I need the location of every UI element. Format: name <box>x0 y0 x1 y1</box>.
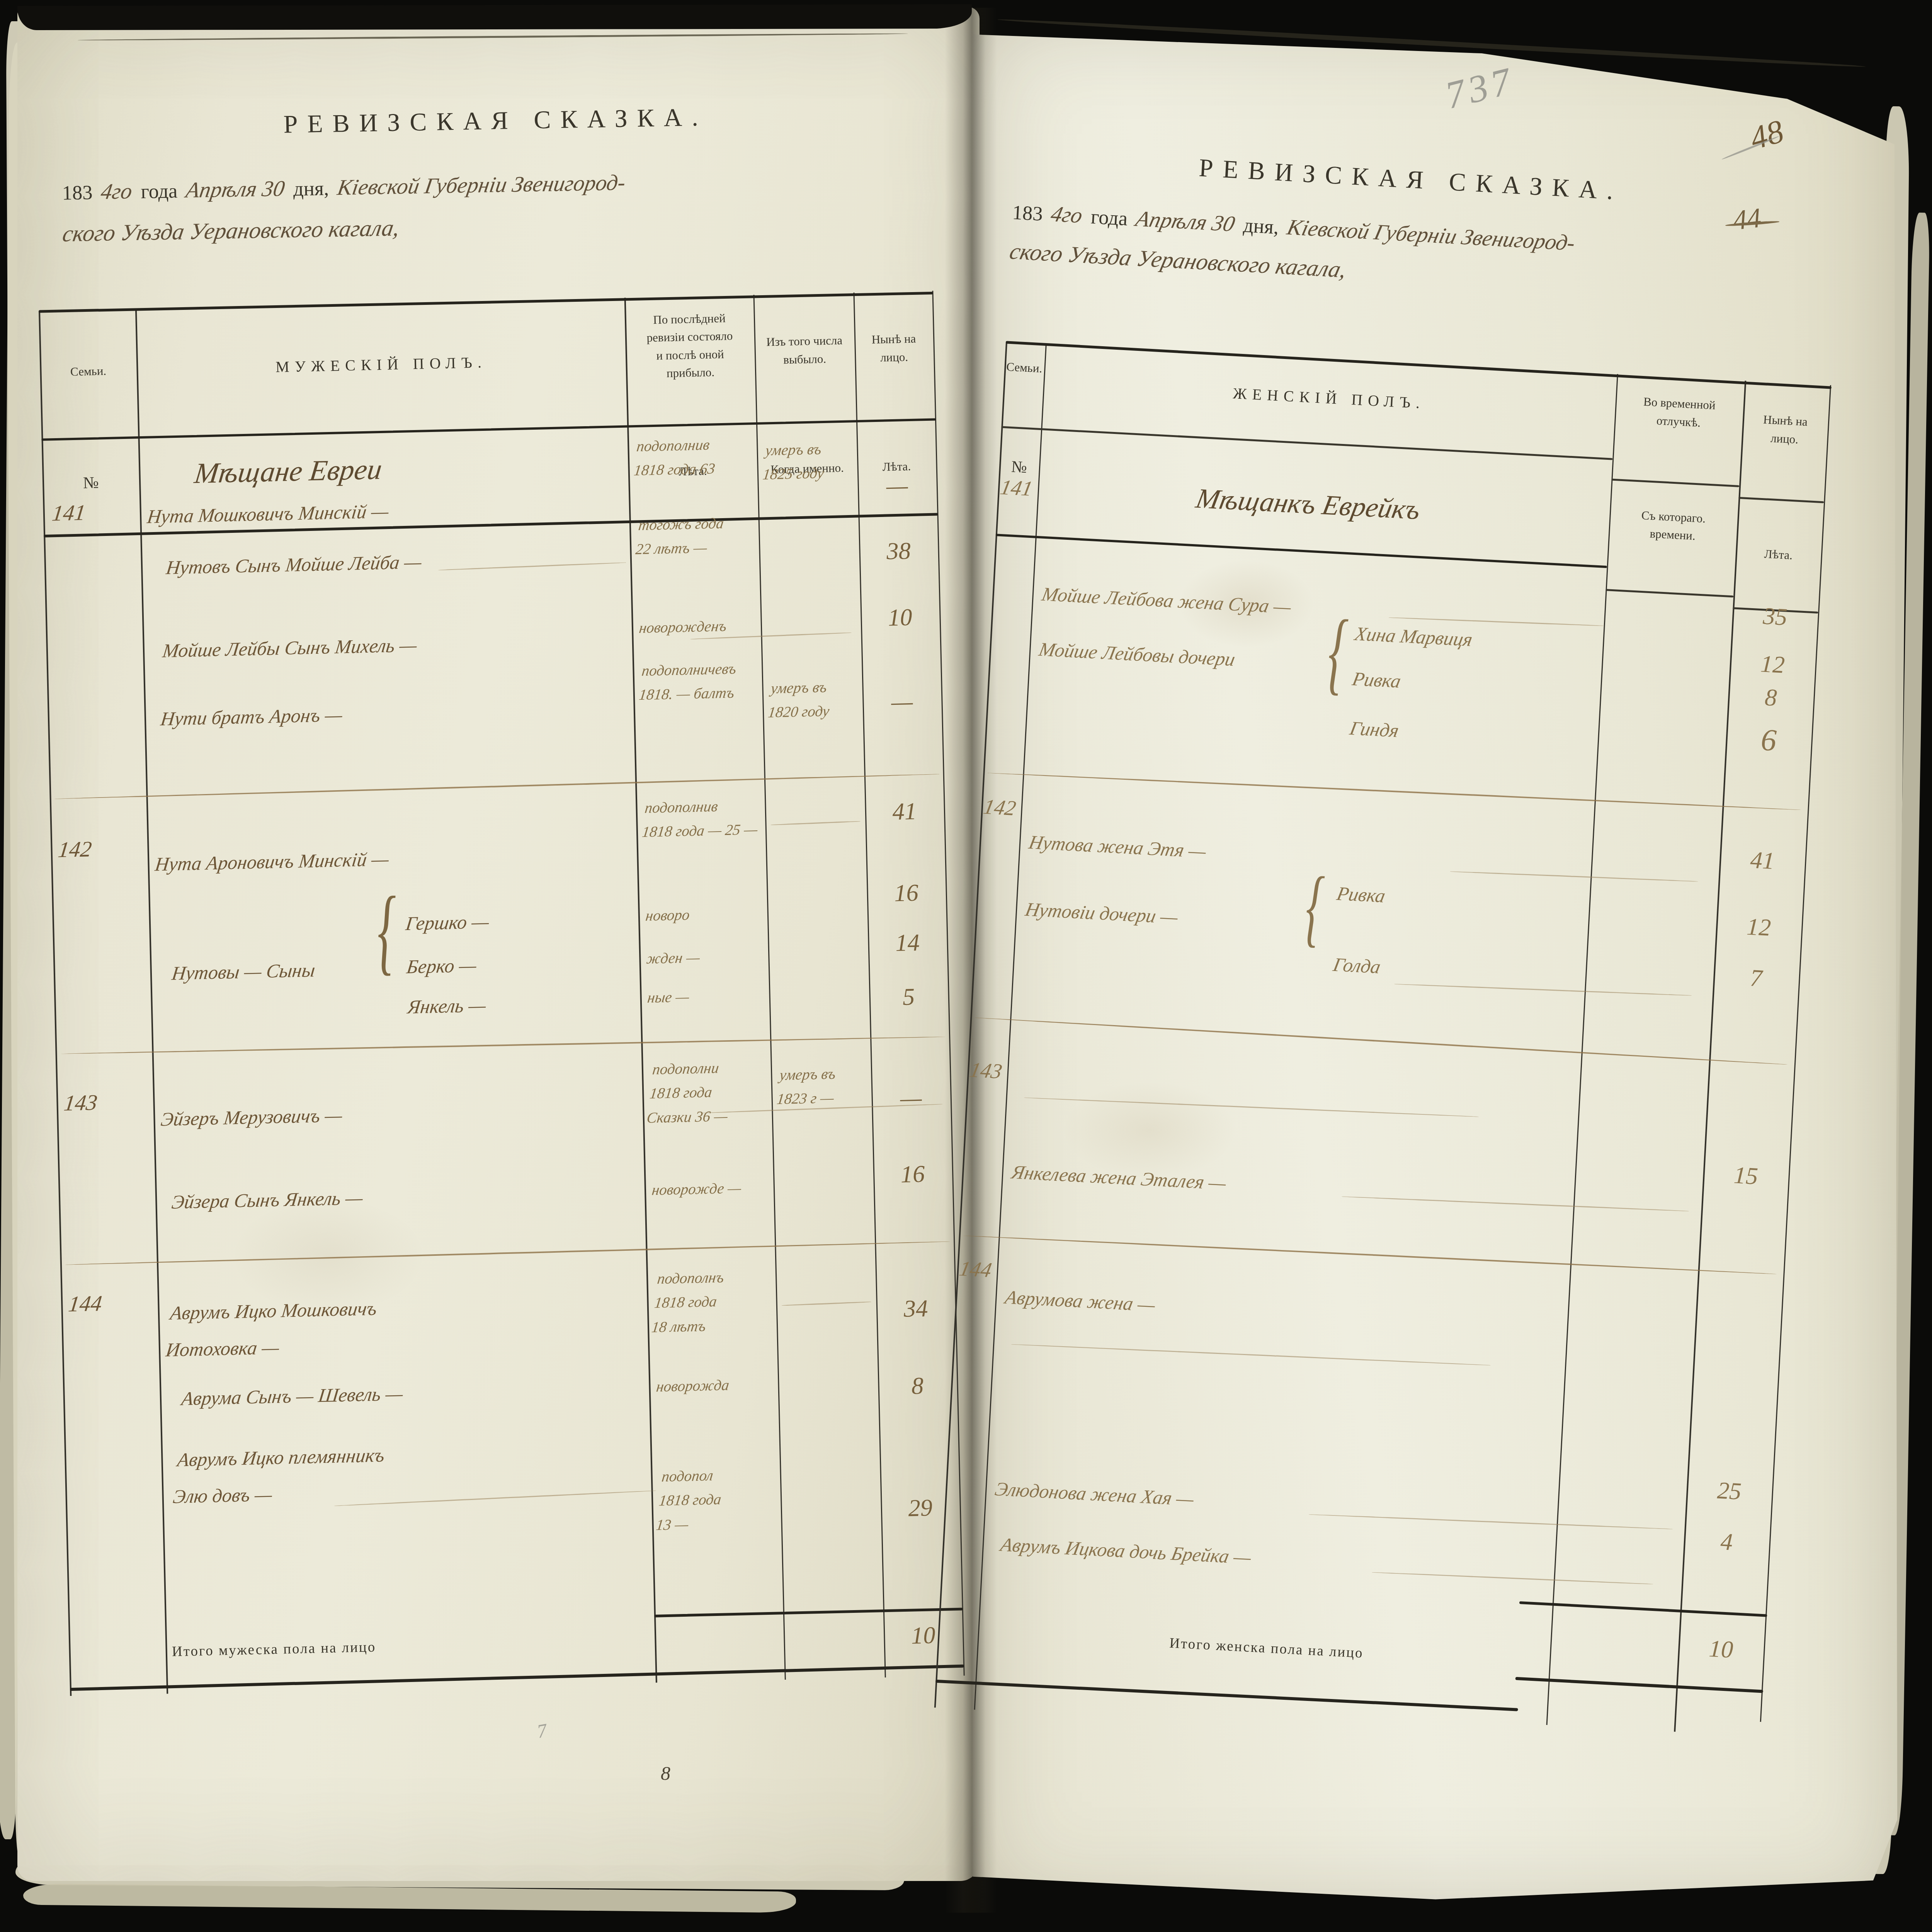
col-header-family: Семьи. <box>40 362 137 382</box>
sons-group-label: Нутовы — Сыны <box>170 952 317 992</box>
table-rule <box>753 295 786 1680</box>
person-name: Аврумъ Ицко племянникъ Элю довъ — <box>171 1437 386 1515</box>
revision-note: ные — <box>646 985 690 1010</box>
table-rule <box>1738 497 1823 503</box>
age-value: 14 <box>868 928 947 958</box>
revision-note: подополнъ 1818 года 18 лѣтъ <box>650 1265 725 1340</box>
age-value: 35 <box>1732 600 1818 633</box>
date-printed: 183 <box>62 181 93 204</box>
date-handwritten-place: Кіевской Губерніи Звенигород- <box>335 170 627 200</box>
col-header-male-sex: МУЖЕСКІЙ ПОЛЪ. <box>136 348 626 382</box>
family-separator <box>65 1241 950 1265</box>
age-value: — <box>857 471 937 501</box>
daughter-name: Ривка <box>1333 875 1389 914</box>
daughter-name: Гиндя <box>1346 710 1402 749</box>
son-name: Гершко — <box>404 903 491 942</box>
hand-rule <box>781 1301 871 1306</box>
date-handwritten-place: Кіевской Губерніи Звенигород- <box>1284 215 1578 256</box>
revision-note: подопол 1818 года 13 — <box>655 1464 725 1537</box>
wife-name: Элюдонова жена Хая — <box>992 1471 1197 1517</box>
subheader-group-handwritten: Мѣщанкъ Еврейкъ <box>1191 472 1425 536</box>
bracket: { <box>1326 605 1349 699</box>
age-value: 16 <box>873 1159 952 1189</box>
hand-rule <box>770 821 860 826</box>
date-handwritten-month: Апрѣля 30 <box>184 176 287 203</box>
total-box-rule <box>1519 1601 1767 1617</box>
wife-name: Нутова жена Этя — <box>1026 824 1209 870</box>
age-value: 5 <box>869 982 948 1012</box>
age-value: 34 <box>876 1293 955 1323</box>
person-name: Нута Мошковичъ Минскій — <box>145 493 391 535</box>
hand-rule <box>1011 1344 1490 1366</box>
table-rule <box>1611 479 1739 487</box>
daughter-name: Аврумъ Ицкова дочь Брейка — <box>997 1526 1254 1576</box>
family-separator <box>54 773 939 799</box>
table-rule <box>1001 426 1612 460</box>
right-table: Семьи. ЖЕНСКІЙ ПОЛЪ. Во временной отлучк… <box>929 342 1831 1838</box>
hand-rule <box>1024 1097 1478 1117</box>
date-handwritten-year: 4го <box>99 179 134 204</box>
age-value: 16 <box>867 878 946 908</box>
wife-name: Мойше Лейбова жена Сура — <box>1039 576 1294 625</box>
col-header-departed: Изъ того числа выбыло. <box>754 332 855 370</box>
hand-rule <box>1450 871 1698 882</box>
table-rule <box>995 534 1607 568</box>
person-name: Эйзеръ Мерузовичъ — <box>158 1097 344 1138</box>
person-name: Эйзера Сынъ Янкель — <box>169 1179 365 1221</box>
date-printed: дня, <box>293 177 329 201</box>
bracket: { <box>376 882 398 979</box>
revision-note: подополни 1818 года Сказки 36 — <box>645 1056 735 1130</box>
hand-rule <box>1394 983 1692 996</box>
revision-list-scan: 737 48 44 РЕВИЗСКАЯ СКАЗКА. 183 4го года… <box>0 0 1932 1932</box>
revision-note: подополнив 1818 года 63 <box>633 433 719 483</box>
departed-note: умеръ въ 1820 году <box>767 675 833 725</box>
subheader-years: Лѣта. <box>1735 543 1821 566</box>
family-number: 144 <box>956 1249 995 1291</box>
total-box-rule <box>1515 1677 1763 1693</box>
subheader-group-handwritten: Мѣщане Евреи <box>191 442 385 501</box>
revision-note: подополничевъ 1818. — балтъ <box>638 657 738 707</box>
total-label: Итого мужеска пола на лицо <box>172 1630 646 1662</box>
revision-note: новоро <box>644 903 691 928</box>
col-header-present: Нынѣ на лицо. <box>1741 410 1828 450</box>
daughters-group-label: Нутовіи дочери — <box>1022 891 1181 935</box>
age-value: 38 <box>859 536 938 566</box>
date-printed: 183 <box>1012 201 1043 226</box>
age-value: 7 <box>1713 962 1799 994</box>
departed-note: умеръ въ 1825 году <box>761 437 828 487</box>
daughters-group-label: Мойше Лейбовы дочери <box>1036 631 1238 678</box>
age-value: 8 <box>1728 682 1814 714</box>
family-number: 143 <box>966 1050 1006 1092</box>
left-table: Семьи. МУЖЕСКІЙ ПОЛЪ. По послѣдней ревиз… <box>39 291 964 1696</box>
hand-rule <box>334 1490 656 1507</box>
age-value: — <box>871 1083 951 1113</box>
folio-mark: 8 <box>661 1762 670 1784</box>
table-rule <box>1605 589 1733 597</box>
family-separator <box>963 1235 1777 1275</box>
hand-rule <box>438 562 626 571</box>
col-header-absence: Во временной отлучкѣ. <box>1614 391 1744 434</box>
col-header-present: Нынѣ на лицо. <box>854 330 934 367</box>
wife-name: Янкелева жена Эталея — <box>1008 1154 1230 1201</box>
date-handwritten-year: 4го <box>1049 202 1085 228</box>
revision-note: подополнив 1818 года — 25 — <box>641 793 762 844</box>
table-rule <box>935 1680 1518 1711</box>
col-header-female-sex: ЖЕНСКІЙ ПОЛЪ. <box>1043 372 1615 425</box>
person-name: Аврумъ Ицко Мошковичъ Иотоховка — <box>164 1290 379 1368</box>
family-number: 142 <box>980 787 1020 828</box>
person-name: Аврума Сынъ — Шевель — <box>179 1375 405 1417</box>
age-value: 4 <box>1683 1526 1770 1558</box>
family-number: 142 <box>56 828 94 871</box>
left-page-head: РЕВИЗСКАЯ СКАЗКА. 183 4го года Апрѣля 30… <box>61 99 932 247</box>
family-separator <box>987 772 1801 811</box>
person-name: Мойше Лейбы Сынъ Михель — <box>160 627 419 669</box>
family-number: 141 <box>50 492 88 535</box>
age-value: 15 <box>1702 1160 1789 1192</box>
family-number: 143 <box>61 1082 100 1125</box>
daughter-name: Ривка <box>1349 660 1404 699</box>
left-date-line: 183 4го года Апрѣля 30 дня, Кіевской Губ… <box>62 165 932 205</box>
date-handwritten-month: Апрѣля 30 <box>1133 206 1237 236</box>
person-name: Нути братъ Аронъ — <box>158 696 344 737</box>
age-value: 10 <box>861 602 940 633</box>
age-value: 6 <box>1725 721 1812 760</box>
total-value: 10 <box>1677 1633 1764 1665</box>
age-value: 25 <box>1686 1475 1772 1507</box>
revision-note: новорожденъ <box>638 614 728 640</box>
person-name: Нутовъ Сынъ Мойше Лейба — <box>164 543 423 586</box>
age-value: 12 <box>1715 911 1802 944</box>
family-number: 144 <box>66 1282 104 1325</box>
hand-rule <box>1342 1196 1689 1212</box>
table-rule <box>1546 374 1618 1725</box>
age-value: 41 <box>865 796 944 827</box>
age-value: — <box>862 687 942 717</box>
son-name: Берко — <box>405 947 479 985</box>
revision-note: новорожде — <box>650 1176 742 1202</box>
subheader-since: Съ котораго. времени. <box>1608 505 1738 547</box>
daughter-name: Голда <box>1330 946 1384 985</box>
total-label: Итого женска пола на лицо <box>1169 1633 1542 1673</box>
departed-note: умеръ въ 1823 г — <box>776 1062 838 1111</box>
date-printed: дня, <box>1243 214 1279 239</box>
daughter-name: Хина Марвиця <box>1351 616 1476 658</box>
col-header-family: Семьи. <box>1004 358 1044 378</box>
family-separator <box>974 1017 1787 1065</box>
revision-note: новорожда <box>655 1373 731 1399</box>
age-value: 12 <box>1729 648 1816 680</box>
hand-rule <box>1308 1514 1672 1529</box>
date-printed: года <box>141 179 178 203</box>
torn-top-strip <box>17 4 972 30</box>
person-name: Нута Ароновичъ Минскій — <box>153 841 391 883</box>
total-box-rule <box>654 1608 963 1617</box>
col-header-last-revision: По послѣдней ревизіи состояло и послѣ он… <box>625 309 755 384</box>
date-printed: года <box>1090 205 1128 230</box>
son-name: Янкель — <box>406 987 488 1026</box>
bracket: { <box>1304 863 1326 951</box>
revision-note: жден — <box>645 946 701 971</box>
hand-rule <box>1372 1572 1653 1585</box>
family-separator <box>60 1036 946 1054</box>
wife-name: Аврумова жена — <box>1002 1279 1158 1323</box>
revision-note: тогожъ года 22 лѣтъ — <box>634 512 725 562</box>
age-value: 8 <box>878 1371 957 1401</box>
age-value: 41 <box>1719 844 1805 877</box>
